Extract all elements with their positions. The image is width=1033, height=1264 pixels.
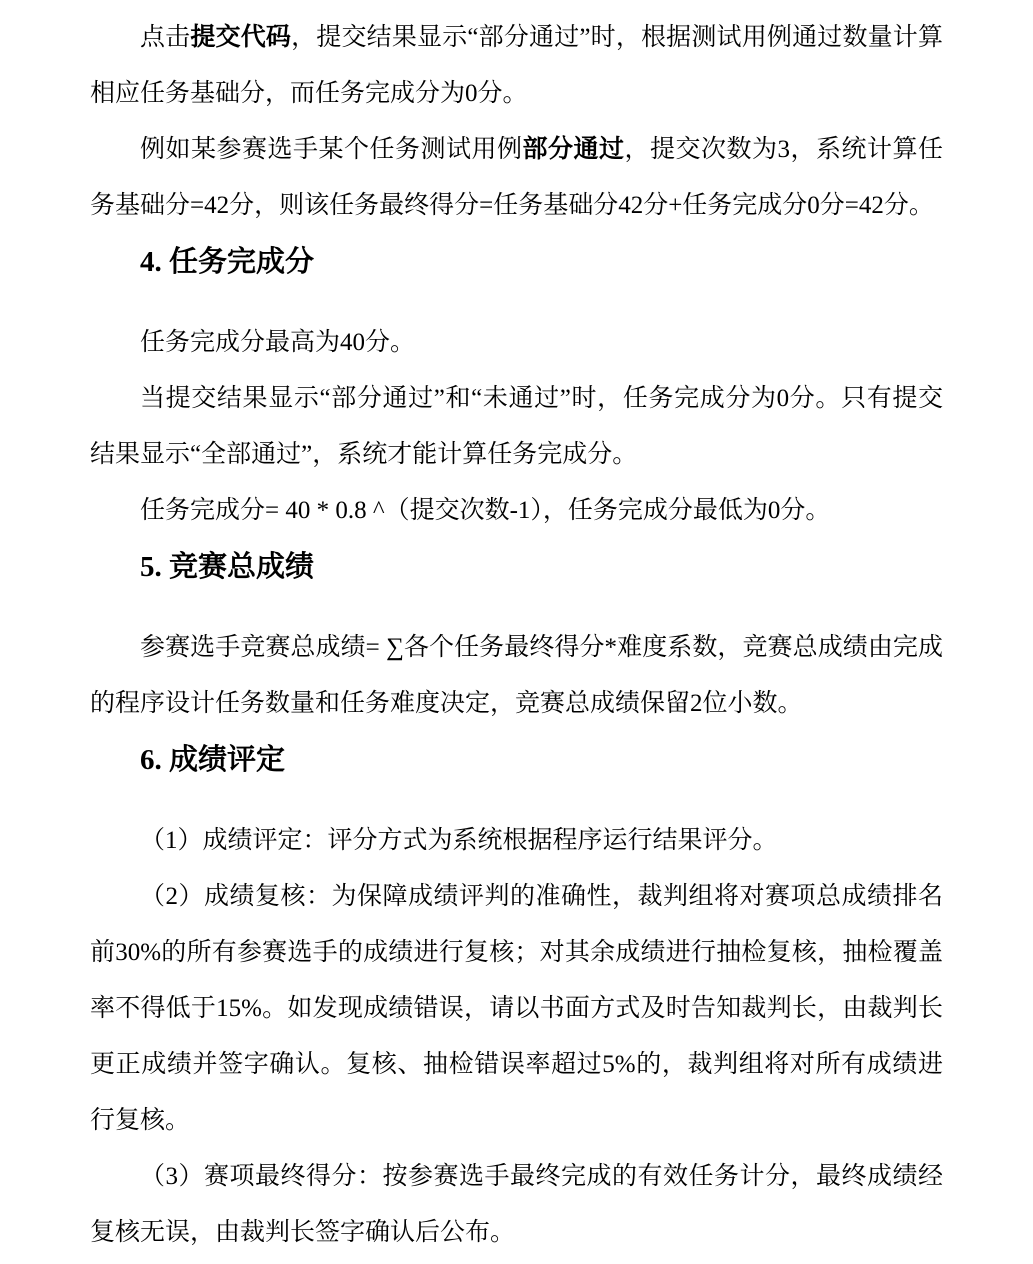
document-content: 点击提交代码，提交结果显示“部分通过”时，根据测试用例通过数量计算相应任务基础分… (90, 10, 943, 1261)
paragraph: （3）赛项最终得分：按参赛选手最终完成的有效任务计分，最终成绩经复核无误，由裁判… (90, 1149, 943, 1261)
text-run: 任务完成分= 40 * 0.8 ^（提交次数-1），任务完成分最低为0分。 (140, 497, 830, 524)
paragraph: （1）成绩评定：评分方式为系统根据程序运行结果评分。 (90, 813, 943, 869)
text-run: 5. 竞赛总成绩 (140, 551, 314, 583)
document-page: 点击提交代码，提交结果显示“部分通过”时，根据测试用例通过数量计算相应任务基础分… (0, 0, 1033, 1264)
text-run: 当提交结果显示“部分通过”和“未通过”时，任务完成分为0分。只有提交结果显示“全… (90, 385, 943, 468)
section-heading: 6. 成绩评定 (90, 732, 943, 788)
paragraph: 任务完成分= 40 * 0.8 ^（提交次数-1），任务完成分最低为0分。 (90, 483, 943, 539)
section-heading: 4. 任务完成分 (90, 234, 943, 290)
text-run: 6. 成绩评定 (140, 744, 285, 776)
paragraph: 例如某参赛选手某个任务测试用例部分通过，提交次数为3，系统计算任务基础分=42分… (90, 122, 943, 234)
text-run: 任务完成分最高为40分。 (140, 329, 415, 356)
section-heading: 5. 竞赛总成绩 (90, 539, 943, 595)
paragraph: 点击提交代码，提交结果显示“部分通过”时，根据测试用例通过数量计算相应任务基础分… (90, 10, 943, 122)
text-run: （1）成绩评定：评分方式为系统根据程序运行结果评分。 (140, 827, 778, 854)
paragraph: （2）成绩复核：为保障成绩评判的准确性，裁判组将对赛项总成绩排名前30%的所有参… (90, 869, 943, 1149)
bold-text: 部分通过 (522, 136, 624, 163)
text-run: 点击 (140, 24, 190, 51)
text-run: 例如某参赛选手某个任务测试用例 (140, 136, 522, 163)
text-run: （2）成绩复核：为保障成绩评判的准确性，裁判组将对赛项总成绩排名前30%的所有参… (90, 883, 943, 1134)
paragraph: 任务完成分最高为40分。 (90, 315, 943, 371)
text-run: （3）赛项最终得分：按参赛选手最终完成的有效任务计分，最终成绩经复核无误，由裁判… (90, 1163, 943, 1246)
paragraph: 参赛选手竞赛总成绩= ∑各个任务最终得分*难度系数，竞赛总成绩由完成的程序设计任… (90, 620, 943, 732)
paragraph: 当提交结果显示“部分通过”和“未通过”时，任务完成分为0分。只有提交结果显示“全… (90, 371, 943, 483)
bold-text: 提交代码 (190, 24, 291, 51)
text-run: 4. 任务完成分 (140, 246, 314, 278)
text-run: 参赛选手竞赛总成绩= ∑各个任务最终得分*难度系数，竞赛总成绩由完成的程序设计任… (90, 634, 943, 717)
